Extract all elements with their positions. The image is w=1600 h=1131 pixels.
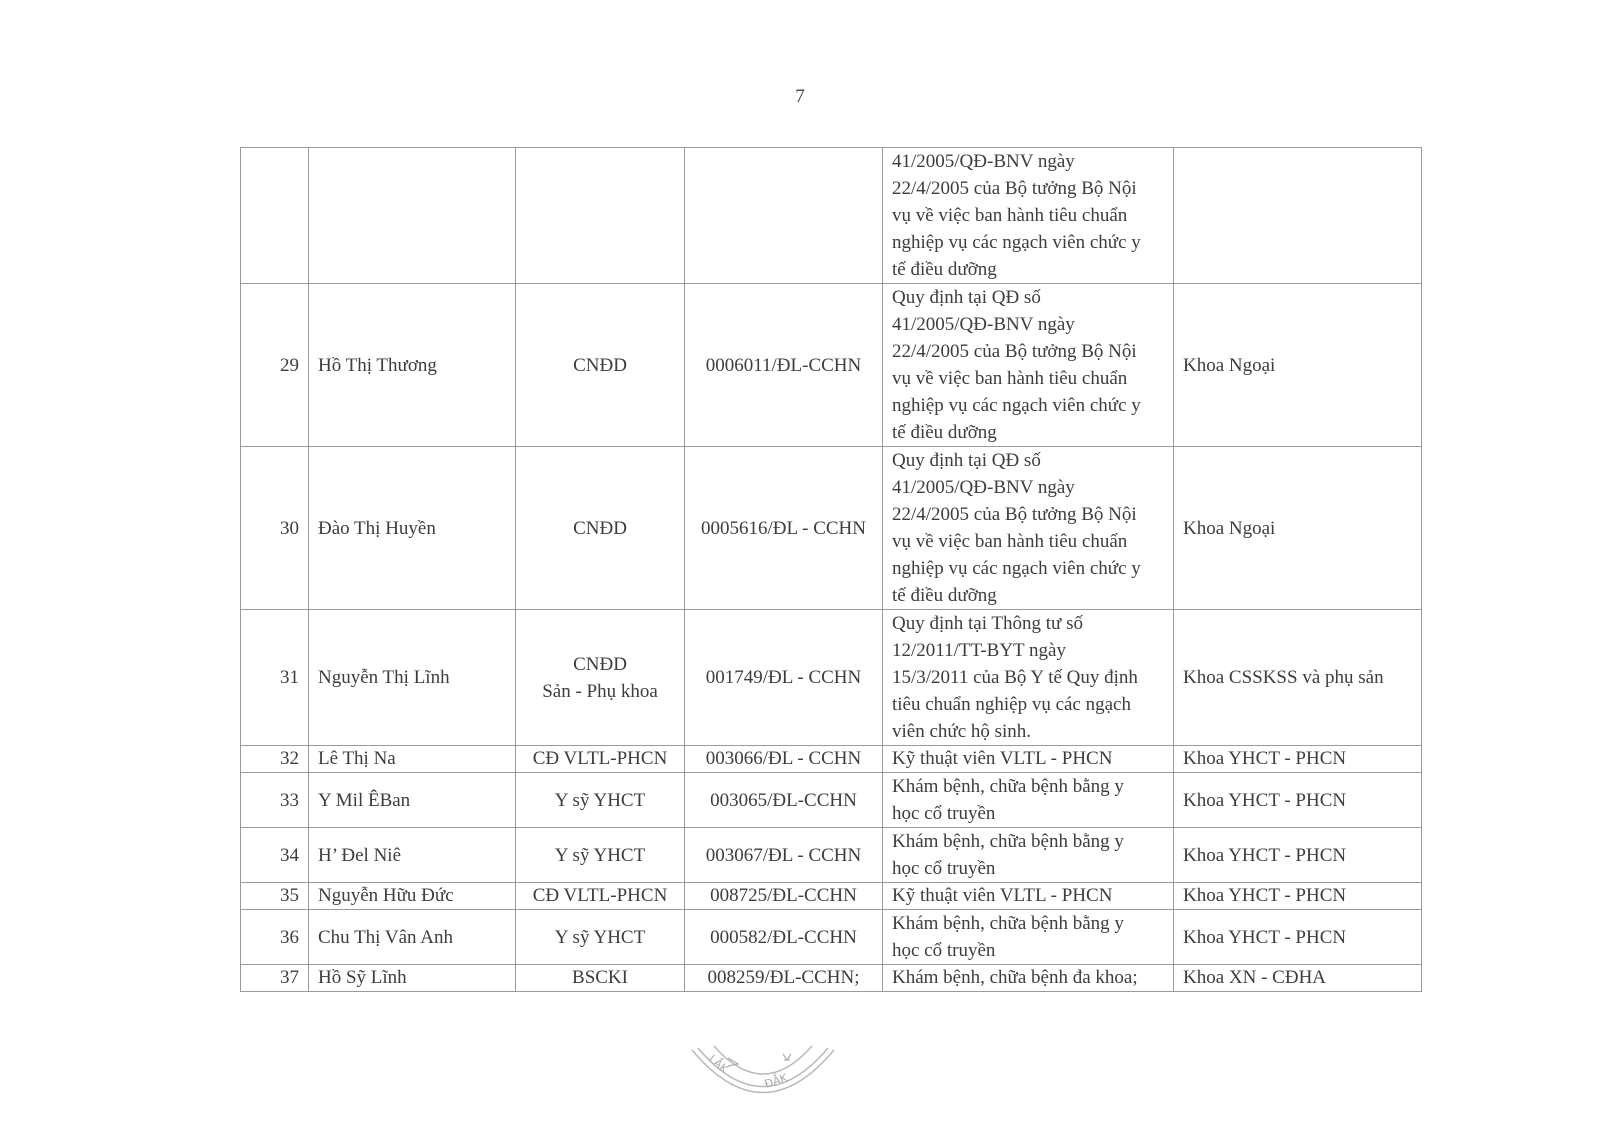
table-row: 37Hồ Sỹ LĩnhBSCKI008259/ĐL-CCHN;Khám bện… bbox=[241, 965, 1422, 992]
department-cell: Khoa XN - CĐHA bbox=[1174, 965, 1422, 992]
qualification-cell: Y sỹ YHCT bbox=[516, 910, 685, 965]
table-row: 41/2005/QĐ-BNV ngày 22/4/2005 của Bộ tưở… bbox=[241, 148, 1422, 284]
practice-scope-cell: 41/2005/QĐ-BNV ngày 22/4/2005 của Bộ tưở… bbox=[883, 148, 1174, 284]
certificate-number-cell: 003066/ĐL - CCHN bbox=[685, 746, 883, 773]
row-number-cell: 31 bbox=[241, 610, 309, 746]
staff-name-cell: Lê Thị Na bbox=[309, 746, 516, 773]
staff-name-cell: Nguyễn Thị Lĩnh bbox=[309, 610, 516, 746]
certificate-number-cell: 0006011/ĐL-CCHN bbox=[685, 284, 883, 447]
staff-name-cell: Chu Thị Vân Anh bbox=[309, 910, 516, 965]
staff-name-cell bbox=[309, 148, 516, 284]
qualification-cell: CĐ VLTL-PHCN bbox=[516, 883, 685, 910]
row-number-cell: 32 bbox=[241, 746, 309, 773]
row-number-cell: 33 bbox=[241, 773, 309, 828]
qualification-cell: CNĐD Sản - Phụ khoa bbox=[516, 610, 685, 746]
table-body: 41/2005/QĐ-BNV ngày 22/4/2005 của Bộ tưở… bbox=[241, 148, 1422, 992]
table-row: 32Lê Thị NaCĐ VLTL-PHCN003066/ĐL - CCHNK… bbox=[241, 746, 1422, 773]
row-number-cell: 30 bbox=[241, 447, 309, 610]
practice-scope-cell: Quy định tại Thông tư số 12/2011/TT-BYT … bbox=[883, 610, 1174, 746]
staff-name-cell: H’ Đel Niê bbox=[309, 828, 516, 883]
department-cell: Khoa Ngoại bbox=[1174, 284, 1422, 447]
practice-scope-cell: Kỹ thuật viên VLTL - PHCN bbox=[883, 746, 1174, 773]
practice-scope-cell: Khám bệnh, chữa bệnh bằng y học cổ truyề… bbox=[883, 773, 1174, 828]
row-number-cell bbox=[241, 148, 309, 284]
qualification-cell: CNĐD bbox=[516, 284, 685, 447]
certificate-number-cell: 0005616/ĐL - CCHN bbox=[685, 447, 883, 610]
practice-scope-cell: Kỹ thuật viên VLTL - PHCN bbox=[883, 883, 1174, 910]
table-row: 29Hồ Thị ThươngCNĐD0006011/ĐL-CCHNQuy đị… bbox=[241, 284, 1422, 447]
department-cell bbox=[1174, 148, 1422, 284]
table-row: 34H’ Đel NiêY sỹ YHCT003067/ĐL - CCHNKhá… bbox=[241, 828, 1422, 883]
department-cell: Khoa YHCT - PHCN bbox=[1174, 910, 1422, 965]
department-cell: Khoa YHCT - PHCN bbox=[1174, 828, 1422, 883]
certificate-number-cell: 003065/ĐL-CCHN bbox=[685, 773, 883, 828]
qualification-cell bbox=[516, 148, 685, 284]
practice-scope-cell: Khám bệnh, chữa bệnh bằng y học cổ truyề… bbox=[883, 828, 1174, 883]
row-number-cell: 37 bbox=[241, 965, 309, 992]
staff-name-cell: Y Mil ÊBan bbox=[309, 773, 516, 828]
certificate-number-cell bbox=[685, 148, 883, 284]
qualification-cell: Y sỹ YHCT bbox=[516, 828, 685, 883]
department-cell: Khoa YHCT - PHCN bbox=[1174, 883, 1422, 910]
stamp-text-left: LẮK bbox=[706, 1052, 732, 1077]
official-stamp: LẮK ĐẮK bbox=[688, 1040, 838, 1120]
qualification-cell: Y sỹ YHCT bbox=[516, 773, 685, 828]
practice-scope-cell: Khám bệnh, chữa bệnh bằng y học cổ truyề… bbox=[883, 910, 1174, 965]
certificate-number-cell: 008259/ĐL-CCHN; bbox=[685, 965, 883, 992]
row-number-cell: 36 bbox=[241, 910, 309, 965]
page-number: 7 bbox=[0, 86, 1600, 108]
staff-table: 41/2005/QĐ-BNV ngày 22/4/2005 của Bộ tưở… bbox=[240, 147, 1422, 992]
department-cell: Khoa YHCT - PHCN bbox=[1174, 746, 1422, 773]
stamp-seal-icon: LẮK ĐẮK bbox=[688, 1040, 838, 1120]
qualification-cell: CNĐD bbox=[516, 447, 685, 610]
certificate-number-cell: 008725/ĐL-CCHN bbox=[685, 883, 883, 910]
practice-scope-cell: Quy định tại QĐ số 41/2005/QĐ-BNV ngày 2… bbox=[883, 447, 1174, 610]
practice-scope-cell: Quy định tại QĐ số 41/2005/QĐ-BNV ngày 2… bbox=[883, 284, 1174, 447]
row-number-cell: 34 bbox=[241, 828, 309, 883]
practice-scope-cell: Khám bệnh, chữa bệnh đa khoa; bbox=[883, 965, 1174, 992]
row-number-cell: 35 bbox=[241, 883, 309, 910]
staff-name-cell: Hồ Sỹ Lĩnh bbox=[309, 965, 516, 992]
department-cell: Khoa YHCT - PHCN bbox=[1174, 773, 1422, 828]
staff-name-cell: Nguyễn Hữu Đức bbox=[309, 883, 516, 910]
table-row: 30Đào Thị HuyềnCNĐD0005616/ĐL - CCHNQuy … bbox=[241, 447, 1422, 610]
staff-name-cell: Đào Thị Huyền bbox=[309, 447, 516, 610]
row-number-cell: 29 bbox=[241, 284, 309, 447]
table-row: 33Y Mil ÊBanY sỹ YHCT003065/ĐL-CCHNKhám … bbox=[241, 773, 1422, 828]
certificate-number-cell: 003067/ĐL - CCHN bbox=[685, 828, 883, 883]
qualification-cell: BSCKI bbox=[516, 965, 685, 992]
qualification-cell: CĐ VLTL-PHCN bbox=[516, 746, 685, 773]
table-row: 35Nguyễn Hữu ĐứcCĐ VLTL-PHCN008725/ĐL-CC… bbox=[241, 883, 1422, 910]
staff-name-cell: Hồ Thị Thương bbox=[309, 284, 516, 447]
department-cell: Khoa CSSKSS và phụ sản bbox=[1174, 610, 1422, 746]
certificate-number-cell: 000582/ĐL-CCHN bbox=[685, 910, 883, 965]
department-cell: Khoa Ngoại bbox=[1174, 447, 1422, 610]
table-row: 31Nguyễn Thị LĩnhCNĐD Sản - Phụ khoa0017… bbox=[241, 610, 1422, 746]
certificate-number-cell: 001749/ĐL - CCHN bbox=[685, 610, 883, 746]
table-row: 36Chu Thị Vân AnhY sỹ YHCT000582/ĐL-CCHN… bbox=[241, 910, 1422, 965]
